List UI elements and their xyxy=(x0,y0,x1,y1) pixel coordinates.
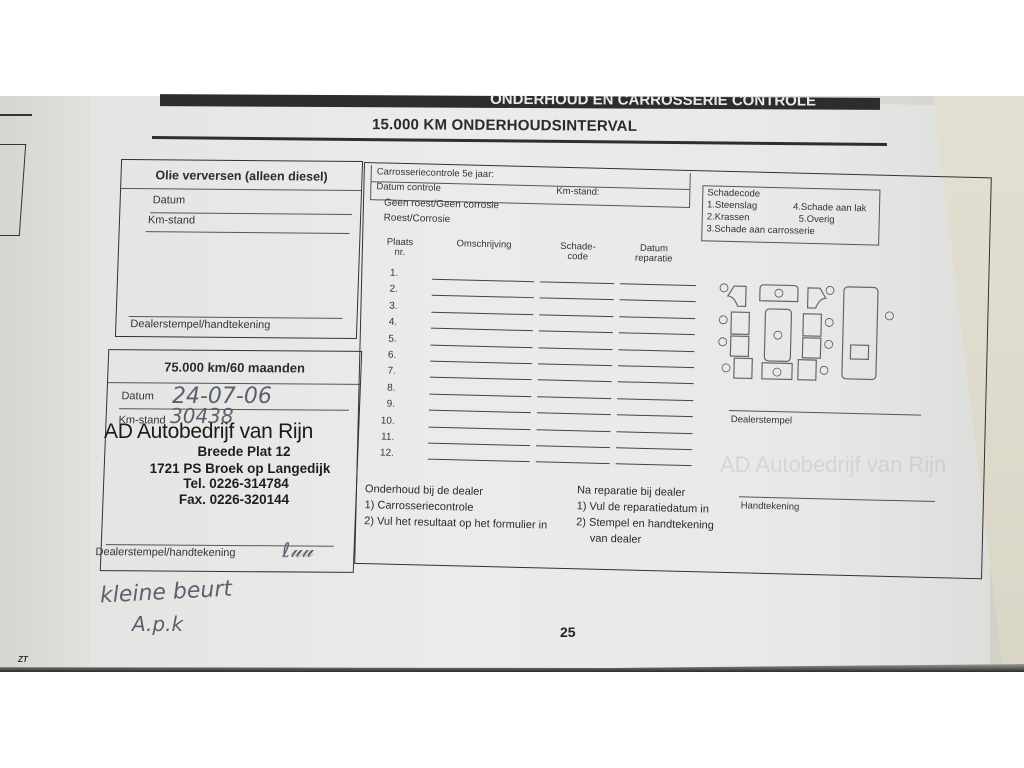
repair-date-field[interactable] xyxy=(619,332,695,335)
description-field[interactable] xyxy=(432,279,534,282)
notes-dealer-maintenance: Onderhoud bij de dealer 1) Carrosserieco… xyxy=(364,481,548,533)
col-header-damage-code: Schade-code xyxy=(557,242,599,263)
notes-after-repair: Na reparatie bij dealer 1) Vul de repara… xyxy=(576,482,715,549)
repair-date-field[interactable] xyxy=(618,382,694,385)
row-number: 2. xyxy=(378,284,398,295)
corner-mark: ZT xyxy=(18,655,28,664)
row-number: 12. xyxy=(374,448,394,459)
repair-date-field[interactable] xyxy=(617,414,693,417)
damage-code-field[interactable] xyxy=(539,347,613,350)
dealer-stamp-label: Dealerstempel xyxy=(731,414,793,426)
left-page-box xyxy=(0,144,26,236)
legend-item: 2.Krassen xyxy=(707,211,750,223)
damage-code-field[interactable] xyxy=(539,314,613,317)
description-field[interactable] xyxy=(430,377,532,380)
option-rust[interactable]: Roest/Corrosie xyxy=(384,212,451,225)
panel-3 xyxy=(730,336,748,356)
col-header-repair-date: Datum reparatie xyxy=(629,244,679,265)
description-field[interactable] xyxy=(429,426,531,429)
damage-code-field[interactable] xyxy=(538,363,612,366)
damage-code-field[interactable] xyxy=(537,429,611,432)
dealer-stamp-name: AD Autobedrijf van Rijn xyxy=(104,420,313,444)
description-field[interactable] xyxy=(432,295,534,298)
row-number: 9. xyxy=(375,399,395,410)
row-number: 7. xyxy=(376,366,396,377)
description-field[interactable] xyxy=(428,443,530,446)
col-header-place: Plaats nr. xyxy=(385,238,415,259)
notes-left-line: 2) Vul het resultaat op het formulier in xyxy=(364,513,547,533)
handwritten-signature: ℓ𝓊𝓊 xyxy=(282,538,313,562)
damage-code-field[interactable] xyxy=(537,412,611,415)
panel-7 xyxy=(802,338,820,358)
left-page-rule xyxy=(0,114,32,116)
row-number: 3. xyxy=(377,300,397,311)
repair-date-field[interactable] xyxy=(620,283,696,286)
car-body-diagram xyxy=(710,282,912,387)
repair-date-field[interactable] xyxy=(616,431,692,434)
description-field[interactable] xyxy=(431,311,533,314)
description-field[interactable] xyxy=(429,410,531,413)
panel-4 xyxy=(734,358,752,378)
repair-date-field[interactable] xyxy=(616,447,692,450)
oil-date-label: Datum xyxy=(152,194,185,206)
row-number: 4. xyxy=(377,317,397,328)
panel-6 xyxy=(803,314,822,336)
repair-date-field[interactable] xyxy=(617,398,693,401)
damage-code-field[interactable] xyxy=(540,281,614,284)
panel-1 xyxy=(728,286,746,306)
panel-11 xyxy=(762,363,792,380)
repair-date-field[interactable] xyxy=(619,316,695,319)
col-header-description: Omschrijving xyxy=(449,239,519,251)
dealer-stamp-fax: Fax. 0226-320144 xyxy=(94,492,374,507)
option-no-rust[interactable]: Geen roest/Geen corrosie xyxy=(384,198,499,212)
oil-signature-label: Dealerstempel/handtekening xyxy=(130,318,270,331)
legend-item: 5.Overig xyxy=(799,214,835,226)
dealer-stamp-tel: Tel. 0226-314784 xyxy=(96,476,376,491)
damage-code-field[interactable] xyxy=(540,298,614,301)
repair-date-field[interactable] xyxy=(618,349,694,352)
legend-title: Schadecode xyxy=(707,187,760,199)
dealer-stamp-city: 1721 PS Broek op Langedijk xyxy=(100,461,380,476)
row-number: 5. xyxy=(377,333,397,344)
check-km-label[interactable]: Km-stand: xyxy=(556,186,600,198)
oil-km-field[interactable] xyxy=(146,231,350,234)
oil-change-box: Olie verversen (alleen diesel) Datum Km-… xyxy=(115,159,363,339)
dealer-stamp-street: Breede Plat 12 xyxy=(104,444,384,459)
car-underbody xyxy=(842,287,878,380)
description-field[interactable] xyxy=(429,393,531,396)
description-field[interactable] xyxy=(431,344,533,347)
legend-item: 4.Schade aan lak xyxy=(793,201,867,214)
service-box-title: 75.000 km/60 maanden xyxy=(108,359,361,376)
repair-date-field[interactable] xyxy=(618,365,694,368)
damage-code-field[interactable] xyxy=(539,331,613,334)
body-check-box: Carrosseriecontrole 5e jaar: Datum contr… xyxy=(354,162,992,579)
repair-date-field[interactable] xyxy=(620,300,696,303)
divider xyxy=(121,188,361,191)
service-date-label: Datum xyxy=(121,390,154,402)
row-number: 8. xyxy=(375,382,395,393)
panel-8 xyxy=(798,360,816,380)
description-field[interactable] xyxy=(431,328,533,331)
page-number: 25 xyxy=(560,624,576,640)
row-number: 10. xyxy=(375,415,395,426)
page-subtitle: 15.000 KM ONDERHOUDSINTERVAL xyxy=(372,116,637,135)
panel-9 xyxy=(760,285,798,302)
damage-code-field[interactable] xyxy=(538,380,612,383)
legend-item: 3.Schade aan carrosserie xyxy=(706,223,815,237)
description-field[interactable] xyxy=(430,361,532,364)
show-through-text: AD Autobedrijf van Rijn xyxy=(720,452,946,478)
oil-box-title: Olie verversen (alleen diesel) xyxy=(121,168,361,184)
damage-code-field[interactable] xyxy=(537,396,611,399)
legend-item: 1.Steenslag xyxy=(707,199,757,211)
signature-label: Handtekening xyxy=(741,500,800,512)
damage-code-field[interactable] xyxy=(536,462,610,465)
panel-5 xyxy=(808,288,826,308)
underbody-grille xyxy=(850,345,868,359)
check-date-label[interactable]: Datum controle xyxy=(376,181,441,194)
row-number: 11. xyxy=(374,431,394,442)
damage-code-field[interactable] xyxy=(536,445,610,448)
description-field[interactable] xyxy=(428,459,530,462)
panel-10 xyxy=(764,309,791,362)
service-signature-label: Dealerstempel/handtekening xyxy=(95,546,235,559)
notes-right-line: van dealer xyxy=(576,530,714,549)
handwritten-note-line2: A.p.k xyxy=(132,612,183,636)
row-number: 1. xyxy=(378,267,398,278)
panel-2 xyxy=(731,312,750,334)
repair-date-field[interactable] xyxy=(616,464,692,467)
oil-km-label: Km-stand xyxy=(148,214,195,226)
row-number: 6. xyxy=(376,349,396,360)
damage-code-legend: Schadecode 1.Steenslag 2.Krassen 3.Schad… xyxy=(701,185,880,245)
